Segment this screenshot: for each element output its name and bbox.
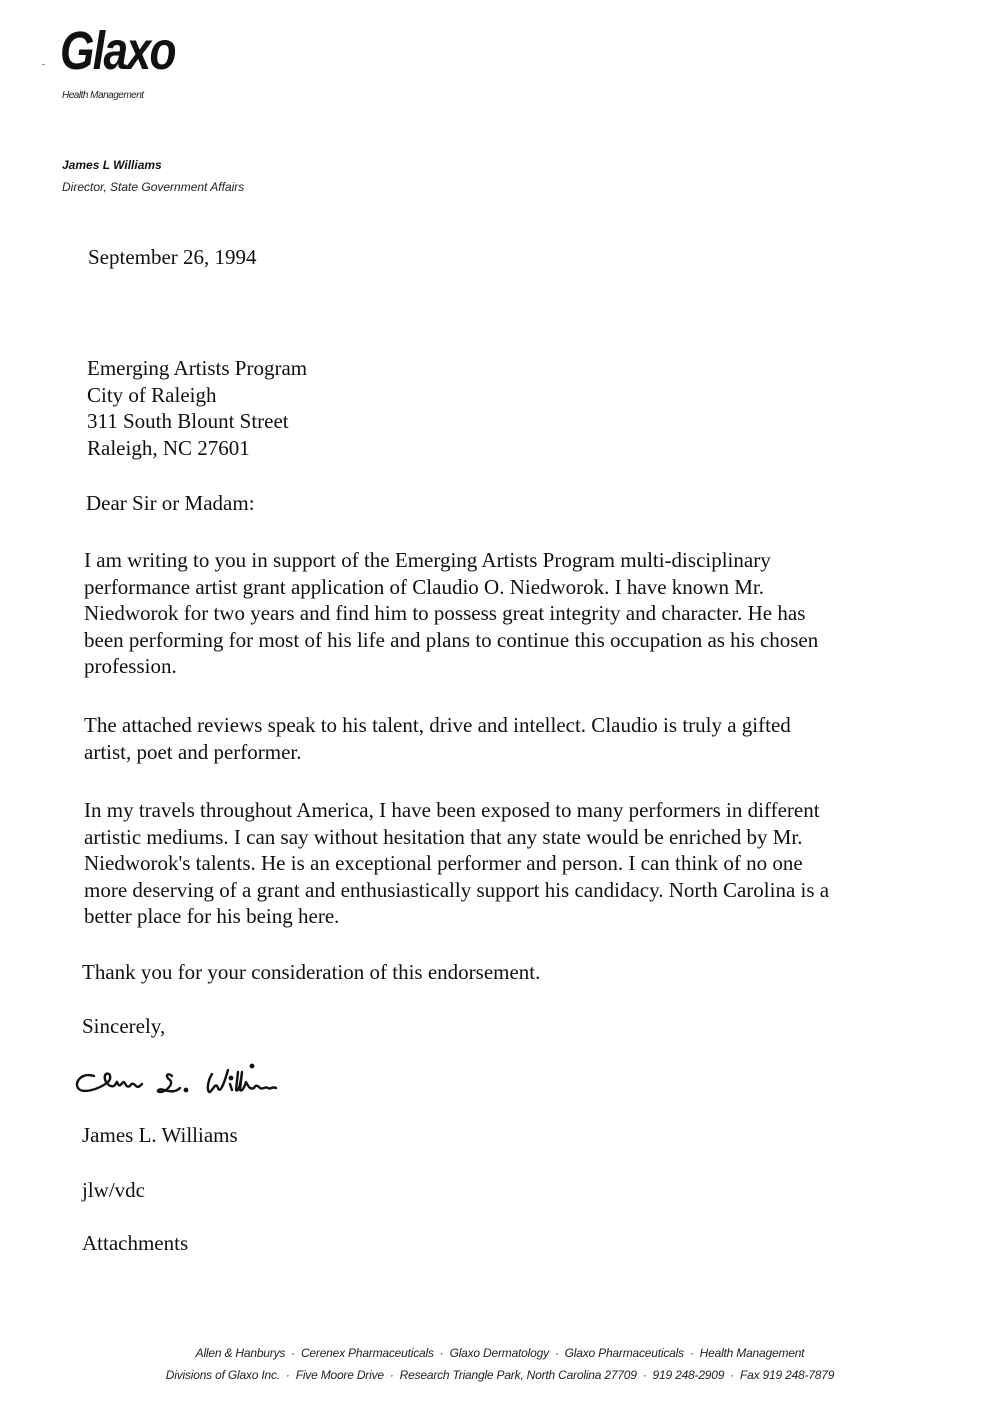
footer-phone: 919 248-2909 (653, 1368, 725, 1382)
separator: · (280, 1368, 296, 1382)
text-line: In my travels throughout America, I have… (84, 797, 914, 824)
paragraph-travels: In my travels throughout America, I have… (84, 797, 914, 930)
text-line: been performing for most of his life and… (84, 627, 914, 654)
separator: · (285, 1346, 301, 1360)
paragraph-reviews: The attached reviews speak to his talent… (84, 712, 914, 765)
reference-initials: jlw/vdc (82, 1177, 145, 1204)
footer-city: Research Triangle Park, North Carolina 2… (400, 1368, 637, 1382)
text-line: profession. (84, 653, 914, 680)
scan-speck (42, 64, 45, 65)
address-line: Emerging Artists Program (87, 355, 307, 382)
letter-date: September 26, 1994 (88, 244, 257, 271)
sender-name: James L Williams (62, 158, 162, 172)
text-line: artist, poet and performer. (84, 739, 914, 766)
division-name: Health Management (62, 90, 144, 101)
footer-street: Five Moore Drive (296, 1368, 384, 1382)
typed-name: James L. Williams (82, 1122, 238, 1149)
footer-company: Divisions of Glaxo Inc. (166, 1368, 280, 1382)
address-line: Raleigh, NC 27601 (87, 435, 307, 462)
enclosure-notation: Attachments (82, 1230, 188, 1257)
text-line: performance artist grant application of … (84, 574, 914, 601)
recipient-address: Emerging Artists Program City of Raleigh… (87, 355, 307, 461)
footer-divisions: Allen & Hanburys·Cerenex Pharmaceuticals… (0, 1346, 1000, 1360)
text-line: better place for his being here. (84, 903, 914, 930)
separator: · (684, 1346, 700, 1360)
closing: Sincerely, (82, 1013, 165, 1040)
footer-address: Divisions of Glaxo Inc.·Five Moore Drive… (0, 1368, 1000, 1382)
separator: · (549, 1346, 565, 1360)
separator: · (384, 1368, 400, 1382)
address-line: 311 South Blount Street (87, 408, 307, 435)
footer-fax: Fax 919 248-7879 (740, 1368, 834, 1382)
footer-division: Glaxo Pharmaceuticals (565, 1346, 684, 1360)
separator: · (637, 1368, 653, 1382)
text-line: Niedworok's talents. He is an exceptiona… (84, 850, 914, 877)
paragraph-thanks: Thank you for your consideration of this… (82, 959, 912, 986)
salutation: Dear Sir or Madam: (86, 490, 255, 517)
text-line: Niedworok for two years and find him to … (84, 600, 914, 627)
paragraph-support: I am writing to you in support of the Em… (84, 547, 914, 680)
footer-division: Glaxo Dermatology (450, 1346, 549, 1360)
text-line: Thank you for your consideration of this… (82, 959, 912, 986)
footer-division: Health Management (700, 1346, 805, 1360)
text-line: I am writing to you in support of the Em… (84, 547, 914, 574)
address-line: City of Raleigh (87, 382, 307, 409)
text-line: more deserving of a grant and enthusiast… (84, 877, 914, 904)
text-line: The attached reviews speak to his talent… (84, 712, 914, 739)
signature-icon (72, 1058, 332, 1113)
company-logo: Glaxo (60, 24, 175, 78)
separator: · (724, 1368, 740, 1382)
text-line: artistic mediums. I can say without hesi… (84, 824, 914, 851)
footer-division: Cerenex Pharmaceuticals (301, 1346, 434, 1360)
separator: · (434, 1346, 450, 1360)
footer-division: Allen & Hanburys (196, 1346, 286, 1360)
sender-title: Director, State Government Affairs (62, 180, 244, 194)
